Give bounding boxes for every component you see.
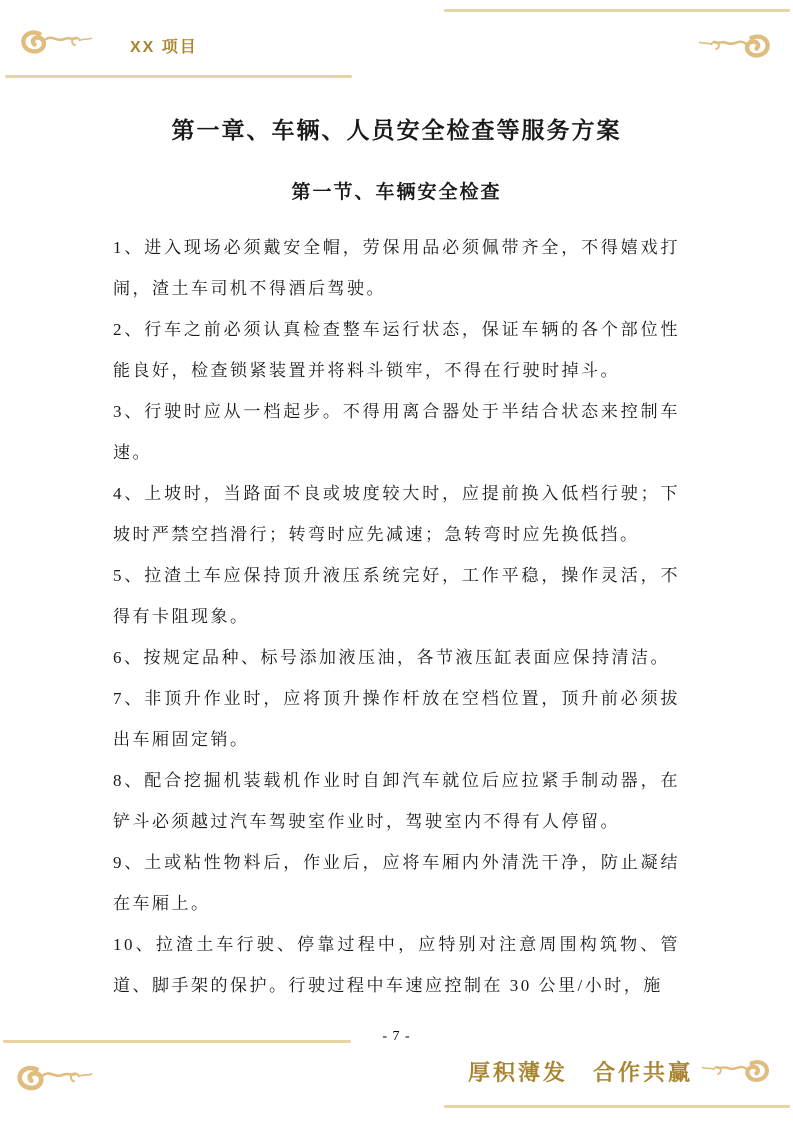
safety-item-2: 2、行车之前必须认真检查整车运行状态，保证车辆的各个部位性能良好，检查锁紧装置并… xyxy=(113,309,680,391)
footer-slogan: 厚积薄发 合作共赢 xyxy=(468,1056,693,1087)
section-title: 第一节、车辆安全检查 xyxy=(113,177,680,204)
safety-item-8: 8、配合挖掘机装载机作业时自卸汽车就位后应拉紧手制动器，在铲斗必须越过汽车驾驶室… xyxy=(113,760,680,842)
chapter-title: 第一章、车辆、人员安全检查等服务方案 xyxy=(113,112,680,145)
safety-item-10: 10、拉渣土车行驶、停靠过程中，应特别对注意周围构筑物、管道、脚手架的保护。行驶… xyxy=(113,924,680,1006)
greek-key-border-bottom-right-vertical xyxy=(780,1040,789,1098)
cloud-motif-icon-bottom-right xyxy=(700,1053,772,1089)
safety-item-6: 6、按规定品种、标号添加液压油，各节液压缸表面应保持清洁。 xyxy=(113,637,680,678)
cloud-motif-icon-top-right xyxy=(697,30,773,62)
greek-key-border-bottom-left-horizontal xyxy=(5,1046,345,1058)
gold-rule-top-right xyxy=(444,9,790,12)
project-label: XX 项目 xyxy=(130,34,198,57)
cloud-motif-icon-top-left xyxy=(18,26,94,58)
safety-item-5: 5、拉渣土车应保持顶升液压系统完好，工作平稳，操作灵活，不得有卡阻现象。 xyxy=(113,555,680,637)
safety-item-7: 7、非顶升作业时，应将顶升操作杆放在空档位置，顶升前必须拔出车厢固定销。 xyxy=(113,678,680,760)
gold-rule-bottom-right xyxy=(444,1105,790,1108)
greek-key-border-bottom-right-horizontal xyxy=(452,1092,785,1104)
greek-key-border-bottom-left-vertical xyxy=(5,1050,14,1106)
greek-key-border-top-right-vertical xyxy=(780,24,789,74)
cloud-motif-icon-bottom-left xyxy=(14,1060,94,1096)
document-body: 1、进入现场必须戴安全帽，劳保用品必须佩带齐全，不得嬉戏打闹，渣土车司机不得酒后… xyxy=(113,227,680,1006)
greek-key-border-top-left-vertical xyxy=(5,8,14,62)
greek-key-border-top-right-horizontal xyxy=(455,17,787,29)
safety-item-9: 9、土或粘性物料后，作业后，应将车厢内外清洗干净，防止凝结在车厢上。 xyxy=(113,842,680,924)
greek-key-border-top-left-horizontal xyxy=(5,61,337,73)
safety-item-3: 3、行驶时应从一档起步。不得用离合器处于半结合状态来控制车速。 xyxy=(113,391,680,473)
gold-rule-top-left xyxy=(5,75,352,78)
gold-rule-bottom-left xyxy=(3,1040,351,1043)
safety-item-4: 4、上坡时，当路面不良或坡度较大时，应提前换入低档行驶；下坡时严禁空挡滑行；转弯… xyxy=(113,473,680,555)
safety-item-1: 1、进入现场必须戴安全帽，劳保用品必须佩带齐全，不得嬉戏打闹，渣土车司机不得酒后… xyxy=(113,227,680,309)
